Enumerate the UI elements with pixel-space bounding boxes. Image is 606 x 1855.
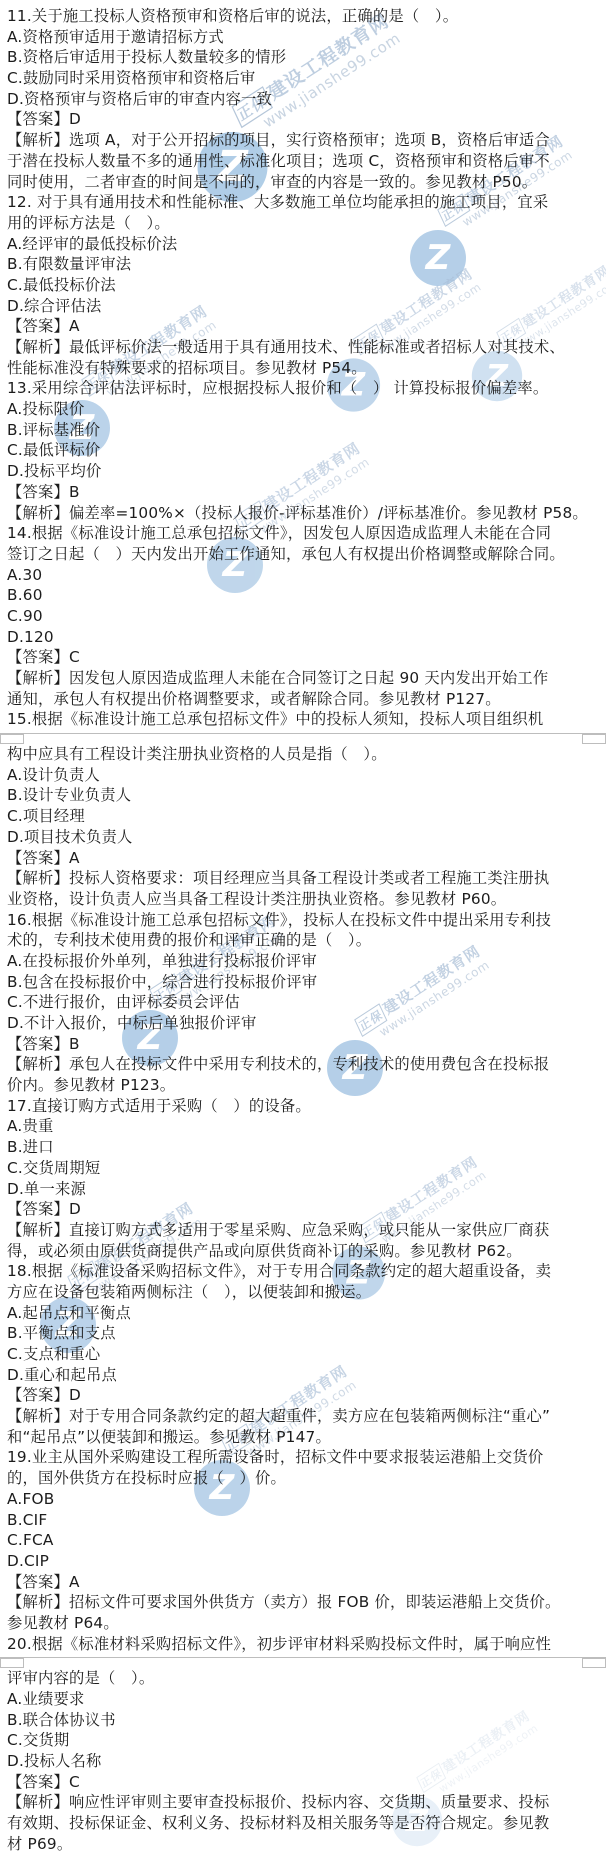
text-line-answer: 【答案】A: [7, 1572, 602, 1593]
text-line-option: A.经评审的最低投标价法: [7, 234, 602, 255]
text-line-answer: 【答案】D: [7, 109, 602, 130]
text-line-question: 19.业主从国外采购建设工程所需设备时，招标文件中要求报装运港船上交货价: [7, 1447, 602, 1468]
text-line-option: C.项目经理: [7, 806, 602, 827]
text-line-analysis: 性能标准没有特殊要求的招标项目。参见教材 P54。: [7, 358, 602, 379]
text-line-question: 18.根据《标准设备采购招标文件》，对于专用合同条款约定的超大超重设备，卖: [7, 1261, 602, 1282]
text-line-question: 13.采用综合评估法评标时，应根据投标人报价和（ ） 计算投标报价偏差率。: [7, 378, 602, 399]
text-line-answer: 【答案】D: [7, 1385, 602, 1406]
text-line-option: B.资格后审适用于投标人数量较多的情形: [7, 47, 602, 68]
text-line-option: B.设计专业负责人: [7, 785, 602, 806]
text-line-analysis: 通知，承包人有权提出价格调整要求，或者解除合同。参见教材 P127。: [7, 689, 602, 710]
text-line-analysis: 同时使用，二者审查的时间是不同的，审查的内容是一致的。参见教材 P50。: [7, 172, 602, 193]
page-margin-tab-left: [0, 1658, 24, 1668]
text-line-analysis: 【解析】直接订购方式多适用于零星采购、应急采购，或只能从一家供应厂商获: [7, 1220, 602, 1241]
text-line-option: D.CIP: [7, 1551, 602, 1572]
text-line-question: 12. 对于具有通用技术和性能标准、大多数施工单位均能承担的施工项目，宜采: [7, 192, 602, 213]
text-line-option: B.平衡点和支点: [7, 1323, 602, 1344]
text-line-option: A.FOB: [7, 1489, 602, 1510]
text-line-option: A.起吊点和平衡点: [7, 1303, 602, 1324]
text-line-option: C.支点和重心: [7, 1344, 602, 1365]
page-separator: [0, 731, 606, 744]
text-line-analysis: 和“起吊点”以便装卸和搬运。参见教材 P147。: [7, 1427, 602, 1448]
text-line-option: D.重心和起吊点: [7, 1365, 602, 1386]
text-line-question: 签订之日起（ ）天内发出开始工作通知，承包人有权提出价格调整或解除合同。: [7, 544, 602, 565]
text-line-option: D.综合评估法: [7, 296, 602, 317]
text-line-analysis: 材 P69。: [7, 1834, 602, 1855]
text-line-question: 评审内容的是（ ）。: [7, 1668, 602, 1689]
text-line-option: C.鼓励同时采用资格预审和资格后审: [7, 68, 602, 89]
text-line-option: D.投标平均价: [7, 461, 602, 482]
text-line-option: D.不计入报价，中标后单独报价评审: [7, 1013, 602, 1034]
text-line-option: A.在投标报价外单列，单独进行投标报价评审: [7, 951, 602, 972]
text-line-analysis: 【解析】对于专用合同条款约定的超大超重件，卖方应在包装箱两侧标注“重心”: [7, 1406, 602, 1427]
text-line-option: B.有限数量评审法: [7, 254, 602, 275]
text-line-analysis: 【解析】偏差率=100%×（投标人报价-评标基准价）/评标基准价。参见教材 P5…: [7, 503, 602, 524]
text-line-answer: 【答案】B: [7, 482, 602, 503]
text-line-analysis: 【解析】最低评标价法一般适用于具有通用技术、性能标准或者招标人对其技术、: [7, 337, 602, 358]
page-separator-line: [0, 733, 606, 734]
page-margin-tab-left: [0, 734, 24, 744]
text-line-question: 方应在设备包装箱两侧标注（ ），以便装卸和搬运。: [7, 1282, 602, 1303]
text-line-option: B.评标基准价: [7, 420, 602, 441]
page-margin-tab-right: [582, 734, 606, 744]
text-line-option: B.60: [7, 585, 602, 606]
text-line-question: 16.根据《标准设计施工总承包招标文件》，投标人在投标文件中提出采用专利技: [7, 910, 602, 931]
text-line-question: 的，国外供货方在投标时应报（ ）价。: [7, 1468, 602, 1489]
text-line-option: B.包含在投标报价中，综合进行投标报价评审: [7, 972, 602, 993]
text-line-option: C.FCA: [7, 1530, 602, 1551]
text-line-analysis: 有效期、投标保证金、权利义务、投标材料及相关服务等是否符合规定。参见教: [7, 1813, 602, 1834]
page-separator-line: [0, 1657, 606, 1658]
text-line-option: B.联合体协议书: [7, 1710, 602, 1731]
text-line-option: C.交货周期短: [7, 1158, 602, 1179]
text-line-analysis: 参见教材 P64。: [7, 1613, 602, 1634]
text-line-question: 术的，专利技术使用费的报价和评审正确的是（ ）。: [7, 930, 602, 951]
page-margin-tab-right: [582, 1658, 606, 1668]
text-line-analysis: 得，或必须由原供货商提供产品或向原供货商补订的采购。参见教材 P62。: [7, 1241, 602, 1262]
text-line-analysis: 【解析】招标文件可要求国外供货方（卖方）报 FOB 价，即装运港船上交货价。: [7, 1592, 602, 1613]
text-line-option: A.30: [7, 565, 602, 586]
text-line-option: A.贵重: [7, 1116, 602, 1137]
text-line-question: 17.直接订购方式适用于采购（ ）的设备。: [7, 1096, 602, 1117]
page-separator: [0, 1655, 606, 1668]
text-line-answer: 【答案】B: [7, 1034, 602, 1055]
text-line-question: 14.根据《标准设计施工总承包招标文件》，因发包人原因造成监理人未能在合同: [7, 523, 602, 544]
text-line-question: 构中应具有工程设计类注册执业资格的人员是指（ ）。: [7, 744, 602, 765]
text-line-option: B.CIF: [7, 1510, 602, 1531]
text-line-option: A.投标限价: [7, 399, 602, 420]
text-line-analysis: 【解析】投标人资格要求：项目经理应当具备工程设计类或者工程施工类注册执: [7, 868, 602, 889]
text-line-option: D.项目技术负责人: [7, 827, 602, 848]
text-line-analysis: 【解析】响应性评审则主要审查投标报价、投标内容、交货期、质量要求、投标: [7, 1792, 602, 1813]
text-line-analysis: 价内。参见教材 P123。: [7, 1075, 602, 1096]
text-line-question: 20.根据《标准材料采购招标文件》，初步评审材料采购投标文件时，属于响应性: [7, 1634, 602, 1655]
text-line-option: D.单一来源: [7, 1179, 602, 1200]
text-line-option: D.资格预审与资格后审的审查内容一致: [7, 89, 602, 110]
text-line-option: C.交货期: [7, 1730, 602, 1751]
text-line-option: B.进口: [7, 1137, 602, 1158]
text-line-answer: 【答案】A: [7, 316, 602, 337]
text-line-option: C.最低投标价法: [7, 275, 602, 296]
document-body: 11.关于施工投标人资格预审和资格后审的说法，正确的是（ ）。A.资格预审适用于…: [0, 0, 606, 1855]
text-line-option: A.业绩要求: [7, 1689, 602, 1710]
text-line-analysis: 【解析】承包人在投标文件中采用专利技术的，专利技术的使用费包含在投标报: [7, 1054, 602, 1075]
text-line-analysis: 【解析】因发包人原因造成监理人未能在合同签订之日起 90 天内发出开始工作: [7, 668, 602, 689]
text-line-analysis: 业资格，设计负责人应当具备工程设计类注册执业资格。参见教材 P60。: [7, 889, 602, 910]
text-line-analysis: 【解析】选项 A，对于公开招标的项目，实行资格预审；选项 B，资格后审适合: [7, 130, 602, 151]
text-line-option: A.资格预审适用于邀请招标方式: [7, 27, 602, 48]
text-line-option: D.120: [7, 627, 602, 648]
text-line-question: 11.关于施工投标人资格预审和资格后审的说法，正确的是（ ）。: [7, 6, 602, 27]
text-line-question: 15.根据《标准设计施工总承包招标文件》中的投标人须知，投标人项目组织机: [7, 709, 602, 730]
text-line-answer: 【答案】D: [7, 1199, 602, 1220]
text-line-option: A.设计负责人: [7, 765, 602, 786]
text-line-analysis: 于潜在投标人数量不多的通用性、标准化项目；选项 C，资格预审和资格后审不: [7, 151, 602, 172]
text-line-option: C.不进行报价，由评标委员会评估: [7, 992, 602, 1013]
text-line-option: C.最低评标价: [7, 440, 602, 461]
text-line-answer: 【答案】C: [7, 647, 602, 668]
text-line-question: 用的评标方法是（ ）。: [7, 213, 602, 234]
exam-document-page: Z正保建设工程教育网www.jianshe99.comZ正保建设工程教育网www…: [0, 0, 606, 1855]
text-line-answer: 【答案】C: [7, 1772, 602, 1793]
text-line-option: C.90: [7, 606, 602, 627]
text-line-option: D.投标人名称: [7, 1751, 602, 1772]
text-line-answer: 【答案】A: [7, 848, 602, 869]
